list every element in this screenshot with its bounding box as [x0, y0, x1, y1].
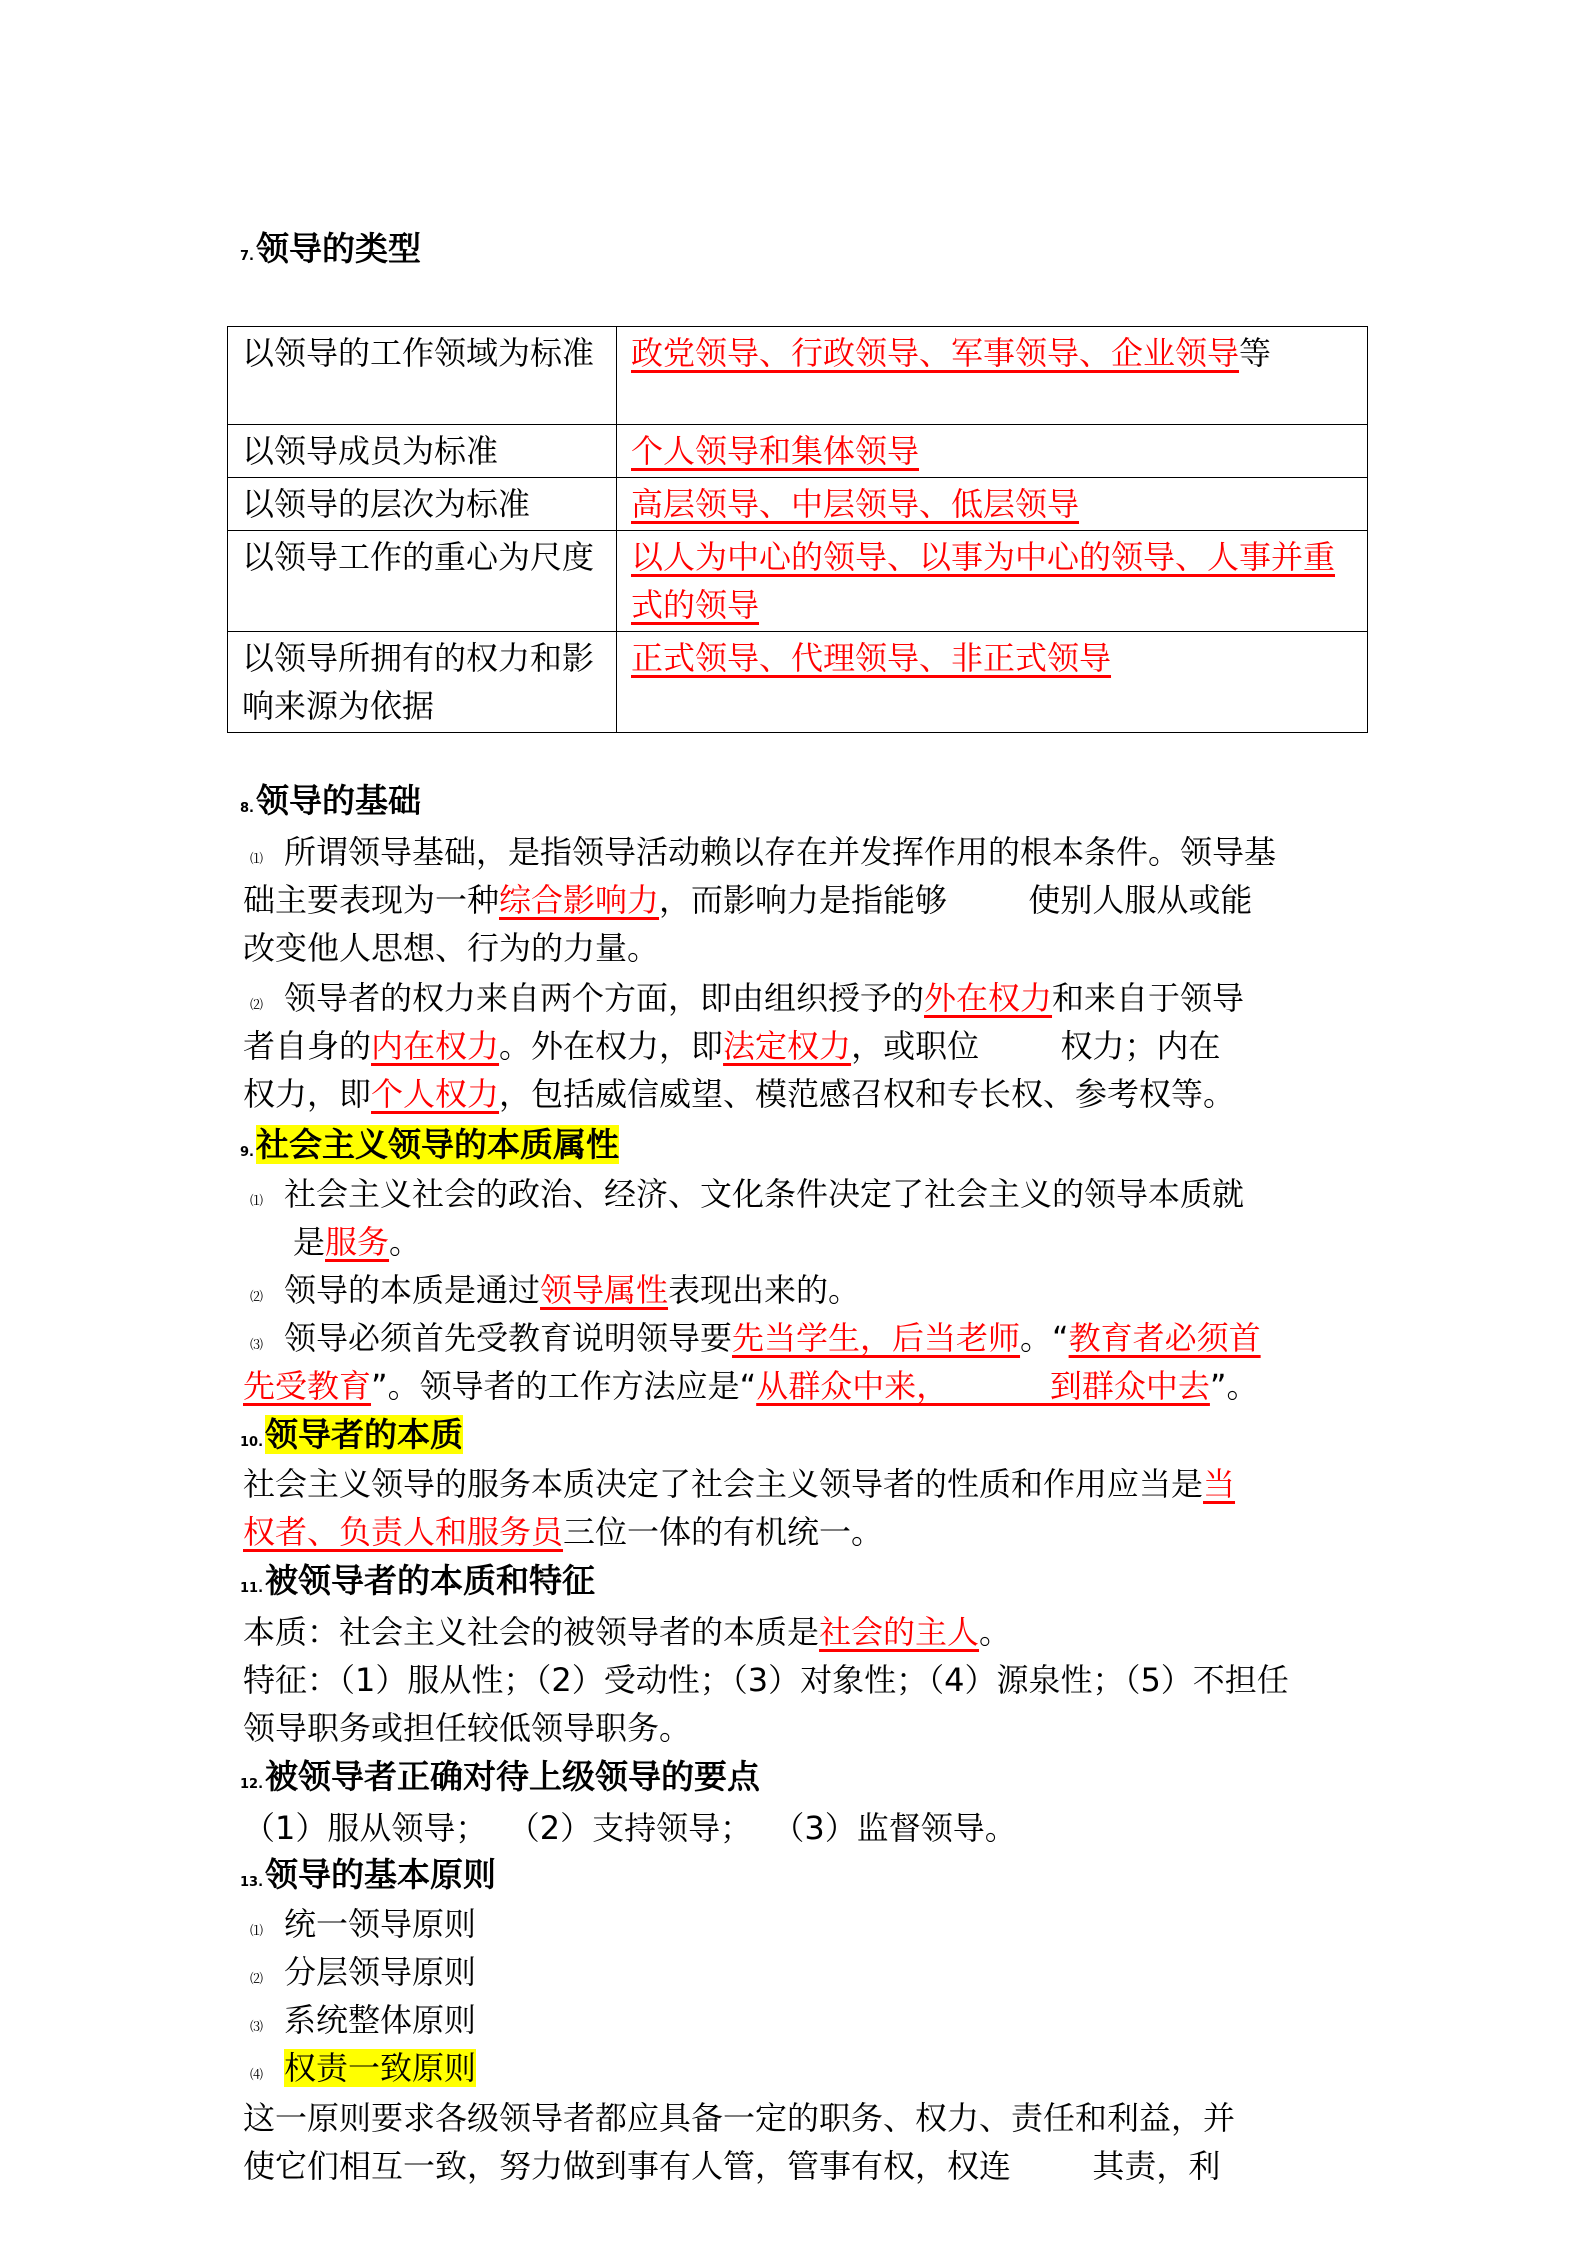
table-row: 以领导的工作领域为标准 政党领导、行政领导、军事领导、企业领导等: [228, 327, 1368, 425]
paragraph-line: 本质：社会主义社会的被领导者的本质是社会的主人。: [243, 1608, 1011, 1656]
paragraph-line: 社会主义领导的服务本质决定了社会主义领导者的性质和作用应当是当: [243, 1460, 1235, 1508]
section-8-heading: 8.领导的基础: [240, 780, 421, 830]
types-cell: 以人为中心的领导、以事为中心的领导、人事并重式的领导: [617, 531, 1368, 632]
paragraph-line: 这一原则要求各级领导者都应具备一定的职务、权力、责任和利益，并: [243, 2094, 1235, 2142]
section-12-heading: 12.被领导者正确对待上级领导的要点: [240, 1756, 760, 1806]
criterion-cell: 以领导的工作领域为标准: [228, 327, 617, 425]
paragraph-line: 权力，即个人权力，包括威信威望、模范感召权和专长权、参考权等。: [243, 1070, 1235, 1118]
paragraph-line: 础主要表现为一种综合影响力，而影响力是指能够 使别人服从或能: [243, 876, 1252, 924]
list-item: ⑷权责一致原则: [250, 2044, 476, 2100]
types-cell: 政党领导、行政领导、军事领导、企业领导等: [617, 327, 1368, 425]
criterion-cell: 以领导的层次为标准: [228, 478, 617, 531]
paragraph-line: 改变他人思想、行为的力量。: [243, 924, 659, 972]
criterion-cell: 以领导所拥有的权力和影响来源为依据: [228, 632, 617, 733]
table-row: 以领导的层次为标准 高层领导、中层领导、低层领导: [228, 478, 1368, 531]
table-row: 以领导成员为标准 个人领导和集体领导: [228, 425, 1368, 478]
paragraph-line: 先受教育”。领导者的工作方法应是“从群众中来， 到群众中去”。: [243, 1362, 1259, 1410]
section-13-heading: 13.领导的基本原则: [240, 1854, 496, 1904]
paragraph-line: 是服务。: [293, 1218, 421, 1266]
paragraph-line: （1）服从领导； （2）支持领导； （3）监督领导。: [243, 1804, 1017, 1852]
section-7-heading: 7.领导的类型: [240, 228, 421, 278]
leadership-types-table: 以领导的工作领域为标准 政党领导、行政领导、军事领导、企业领导等 以领导成员为标…: [227, 326, 1368, 733]
paragraph-line: 特征：（1）服从性；（2）受动性；（3）对象性；（4）源泉性；（5）不担任: [243, 1656, 1289, 1704]
section-9-heading: 9.社会主义领导的本质属性: [240, 1124, 619, 1174]
types-cell: 高层领导、中层领导、低层领导: [617, 478, 1368, 531]
paragraph-line: 使它们相互一致，努力做到事有人管，管事有权，权连 其责，利: [243, 2142, 1220, 2190]
document-page: 7.领导的类型 以领导的工作领域为标准 政党领导、行政领导、军事领导、企业领导等…: [0, 0, 1586, 2245]
table-row: 以领导工作的重心为尺度 以人为中心的领导、以事为中心的领导、人事并重式的领导: [228, 531, 1368, 632]
criterion-cell: 以领导工作的重心为尺度: [228, 531, 617, 632]
criterion-cell: 以领导成员为标准: [228, 425, 617, 478]
types-cell: 正式领导、代理领导、非正式领导: [617, 632, 1368, 733]
types-cell: 个人领导和集体领导: [617, 425, 1368, 478]
paragraph-line: 权者、负责人和服务员三位一体的有机统一。: [243, 1508, 883, 1556]
paragraph-line: 领导职务或担任较低领导职务。: [243, 1704, 691, 1752]
section-11-heading: 11.被领导者的本质和特征: [240, 1560, 595, 1610]
table-row: 以领导所拥有的权力和影响来源为依据 正式领导、代理领导、非正式领导: [228, 632, 1368, 733]
paragraph-line: 者自身的内在权力。外在权力，即法定权力，或职位 权力；内在: [243, 1022, 1220, 1070]
section-10-heading: 10.领导者的本质: [240, 1414, 463, 1464]
